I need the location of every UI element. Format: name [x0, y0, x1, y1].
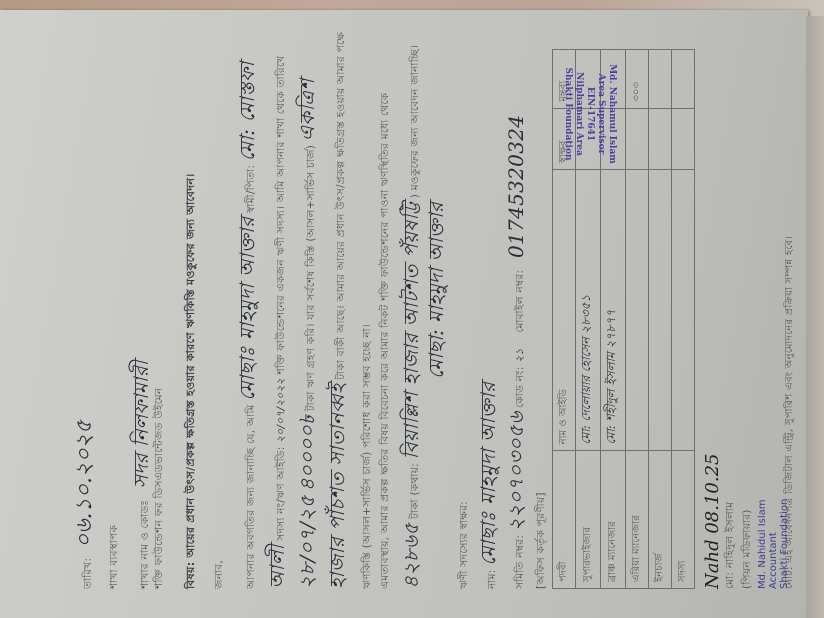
- loan-amount: ৪০০০০৳: [295, 415, 319, 492]
- body-paragraph-2: এমতাবস্থায়, আমার প্রকল্প ক্ষতির বিষয় ব…: [372, 29, 428, 589]
- mobile-label: মোবাইল নম্বর:: [514, 270, 526, 333]
- waiver-words: বিয়াল্লিশ হাজার আটশত পঁয়ষট্টি: [399, 202, 423, 459]
- date-value: ০৬.১০.২০২৫: [72, 420, 97, 548]
- officer-designation: (পিয়ন মডিফায়ার): [740, 454, 757, 589]
- stamp-line: EIN-17641: [584, 59, 595, 169]
- para2-end: ) মওকুফের জন্য আবেদন জানাচ্ছি।: [409, 45, 421, 198]
- row-role: সুপারভাইজার: [576, 451, 601, 589]
- row-role: এরিয়া ম্যানেজার: [626, 451, 649, 589]
- para1-text-a: আপনার অবগতির জন্য জানাচ্ছি যে, আমি: [245, 404, 257, 589]
- row-sign: [672, 108, 695, 170]
- samity-value: ২২০৭০৩০৫৬: [504, 411, 528, 531]
- mobile-value: 01745320324: [504, 115, 528, 258]
- row-note: [649, 50, 672, 109]
- row-role: সদস্য: [672, 451, 695, 589]
- row-sign: [626, 108, 649, 170]
- row-name: [649, 170, 672, 451]
- foundation-line: শক্তি ফাউন্ডেশন ফর ডিসএডভান্টেজড উইমেন: [152, 387, 169, 589]
- row-note: [672, 50, 695, 109]
- stamp-line: Area Supervisor: [595, 59, 606, 169]
- office-use-title: [অফিস কর্তৃক পূরণীয়]: [534, 492, 551, 589]
- applicant-signature: মোছা: মাহমুদা আক্তার: [422, 202, 455, 379]
- date-row: তারিখ: ০৬.১০.২০২৫: [67, 420, 104, 589]
- loan-date: ২৮/০৭/২৫: [295, 495, 319, 589]
- body-paragraph-1: আপনার অবগতির জন্য জানাচ্ছি যে, আমি মোছাঃ…: [234, 29, 380, 589]
- subject-line: বিষয়: আয়ের প্রধান উৎস/প্রকল্প ক্ষতিগ্র…: [182, 174, 201, 590]
- spouse-label: স্বামী/পিতা:: [245, 165, 257, 213]
- para2-text: এমতাবস্থায়, আমার প্রকল্প ক্ষতির বিষয় ব…: [379, 93, 391, 589]
- stamp-line: Shakti Foundation: [562, 59, 573, 169]
- application-form: তারিখ: ০৬.১০.২০২৫ শাখা ব্যবস্থাপক শাখার …: [12, 9, 812, 609]
- col-role: পদবী: [553, 451, 576, 589]
- table-row: এরিয়া ম্যানেজার ৩০৩: [626, 50, 649, 589]
- row-note: ৩০৩: [626, 50, 649, 109]
- row-name: মো: দেলোয়ার হোসেন ২৮৩৫১: [576, 170, 601, 451]
- col-name: নাম ও আইডি: [553, 170, 576, 451]
- member-name-label: নাম:: [486, 569, 498, 589]
- footnote: নোট: এই আবেদনপত্র ডিজিটাল এন্ট্রি, সুপার…: [782, 236, 799, 589]
- row-role: ইনচার্জ: [649, 451, 672, 589]
- waiver-words-label: টাকা (কথায়:: [409, 463, 421, 519]
- row-name: [672, 170, 695, 451]
- member-id-value: ২০/০৭/২০২২: [275, 378, 287, 443]
- officer-stamp-name: Md. Nahidul Islam: [757, 454, 768, 589]
- stamp-line: Md. Nahamul Islam: [606, 59, 617, 169]
- row-name: [626, 170, 649, 451]
- table-row: সদস্য: [672, 50, 695, 589]
- date-label: তারিখ:: [82, 558, 94, 589]
- code-value: ২১: [514, 348, 526, 362]
- officer-signature: Nahd 08.10.25: [702, 454, 723, 589]
- branch-manager-label: শাখা ব্যবস্থাপক: [107, 525, 124, 589]
- samity-label: সমিতি নম্বর:: [514, 535, 526, 589]
- officer-name: মো: নাহিদুল ইসলাম: [723, 454, 740, 589]
- stamp-line: Nilphamari Area: [573, 59, 584, 169]
- para1-text-b: শক্তি ফাউন্ডেশনের একজন ঋণী সদস্য। আমি আপ…: [275, 56, 287, 375]
- member-details: ঋণী সদস্যের স্বাক্ষর: নাম: মোছাঃ মাহমুদা…: [452, 115, 532, 589]
- member-name-value: মোছাঃ মাহমুদা আক্তার: [476, 382, 500, 566]
- waiver-amount: ৪২৮৬৫: [399, 523, 423, 589]
- code-label: কোড নং:: [514, 366, 526, 408]
- supervisor-stamp: Md. Nahamul Islam Area Supervisor EIN-17…: [557, 59, 617, 169]
- para1-text-c: টাকা ঋণ গ্রহণ করি। যার সর্বশেষ কিস্তি (আ…: [305, 145, 317, 411]
- member-signature-label: ঋণী সদস্যের স্বাক্ষর:: [452, 115, 476, 589]
- applicant-name: মোছাঃ মাহমুদা আক্তার: [235, 217, 259, 401]
- row-sign: [649, 108, 672, 170]
- salutation: জনাব,: [212, 560, 229, 589]
- table-row: ইনচার্জ: [649, 50, 672, 589]
- member-id-label: সদস্য নং/ঋণ আইডি:: [275, 446, 287, 540]
- branch-name-value: সদর নিলফামারী: [129, 361, 153, 489]
- officer-block: Nahd 08.10.25 মো: নাহিদুল ইসলাম (পিয়ন ম…: [702, 454, 790, 589]
- row-role: ব্রাঞ্চ ম্যানেজার: [601, 451, 626, 589]
- row-name: মো: শহীদুল ইসলাম ২৭৮৭৭: [601, 170, 626, 451]
- branch-name-label: শাখার নাম ও কোডঃ: [139, 500, 151, 589]
- officer-stamp-title: Accountant: [768, 454, 779, 589]
